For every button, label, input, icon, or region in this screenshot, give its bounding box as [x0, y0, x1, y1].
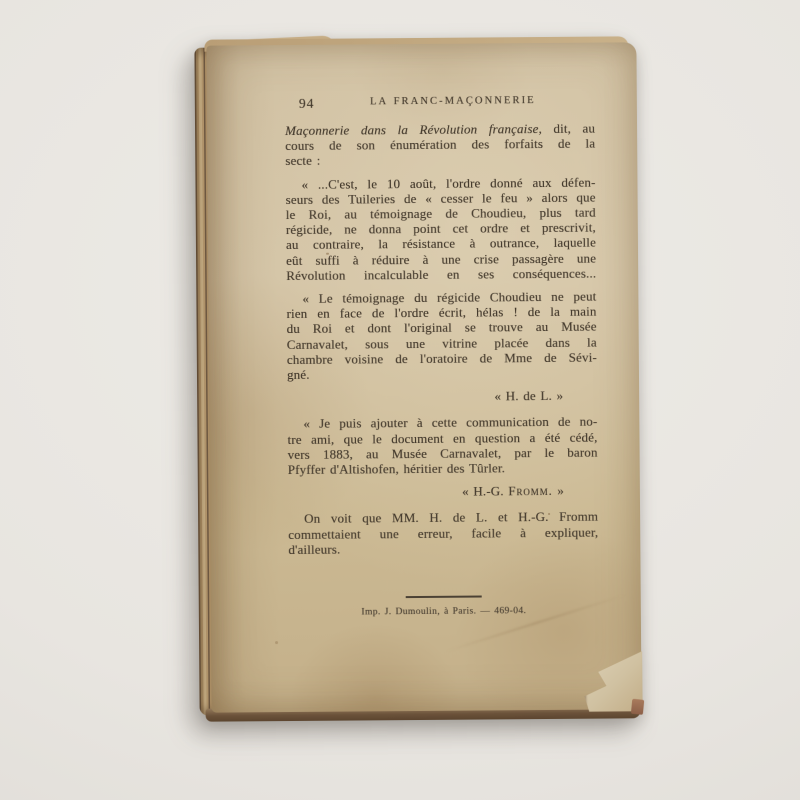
text-line: « H. de L. » [287, 388, 563, 405]
photo-backdrop: 94 LA FRANC-MAÇONNERIE Maçonnerie dans l… [0, 0, 800, 800]
book: 94 LA FRANC-MAÇONNERIE Maçonnerie dans l… [194, 34, 641, 721]
text-segment: vers 1883, au Musée Carnavalet, par le b… [288, 444, 598, 461]
closing-paragraph: On voit que MM. H. de L. et H.-G. Frommc… [288, 509, 598, 557]
text-line: chambre voisine de l'oratoire de Mme de … [287, 349, 597, 367]
imprint-text: Imp. J. Dumoulin, à Paris. — 469-04. [289, 604, 599, 622]
page-surface: 94 LA FRANC-MAÇONNERIE Maçonnerie dans l… [206, 42, 641, 712]
text-segment: commettaient une erreur, facile à expliq… [288, 524, 598, 541]
text-line: cours de son énumération des forfaits de… [285, 136, 595, 154]
text-segment: Révolution incalculable en ses conséquen… [286, 265, 596, 282]
intro-paragraph: Maçonnerie dans la Révolution française,… [285, 121, 595, 169]
signature-fromm: « H.-G. Fromm. » [288, 483, 598, 501]
text-segment: cours de son énumération des forfaits de… [285, 136, 595, 153]
paper-speck [275, 641, 278, 644]
signature-h-de-l: « H. de L. » [287, 388, 597, 406]
text-segment: chambre voisine de l'oratoire de Mme de … [287, 349, 597, 366]
text-line: Pfyffer d'Altishofen, héritier des Tûrle… [288, 460, 598, 478]
text-line: commettaient une erreur, facile à expliq… [288, 524, 598, 542]
quote-10-aout: « ...C'est, le 10 août, l'ordre donné au… [285, 174, 596, 283]
page-footer: Imp. J. Dumoulin, à Paris. — 469-04. [289, 595, 599, 622]
text-segment: » [553, 483, 564, 498]
quote-je-puis-ajouter: « Je puis ajouter à cette communication … [287, 414, 597, 477]
page-header: 94 LA FRANC-MAÇONNERIE [285, 93, 595, 111]
text-segment: « H.-G. [462, 484, 508, 499]
printed-content: 94 LA FRANC-MAÇONNERIE Maçonnerie dans l… [206, 43, 599, 622]
text-segment: d'ailleurs. [288, 541, 340, 556]
quote-temoignage: « Le témoignage du régicide Choudieu ne … [286, 289, 597, 383]
text-line: vers 1883, au Musée Carnavalet, par le b… [288, 444, 598, 462]
text-segment: secte : [285, 153, 320, 168]
page-number: 94 [299, 96, 315, 111]
text-line: gné. [287, 365, 597, 383]
text-segment: Pfyffer d'Altishofen, héritier des Tûrle… [288, 460, 505, 477]
text-segment: dit, au [542, 121, 595, 136]
text-line: « H.-G. Fromm. » [288, 483, 564, 500]
text-line: Révolution incalculable en ses conséquen… [286, 265, 596, 283]
imprint-rule [406, 596, 482, 599]
text-segment: gné. [287, 367, 310, 382]
text-segment: Fromm. [508, 483, 553, 498]
text-segment: « H. de L. » [494, 388, 563, 404]
running-title: LA FRANC-MAÇONNERIE [285, 93, 595, 111]
text-segment: Maçonnerie dans la Révolution française, [285, 121, 542, 138]
body-text: Maçonnerie dans la Révolution française,… [285, 121, 598, 557]
text-line: secte : [285, 151, 595, 169]
text-line: d'ailleurs. [288, 539, 598, 557]
red-label-remnant [631, 699, 644, 715]
